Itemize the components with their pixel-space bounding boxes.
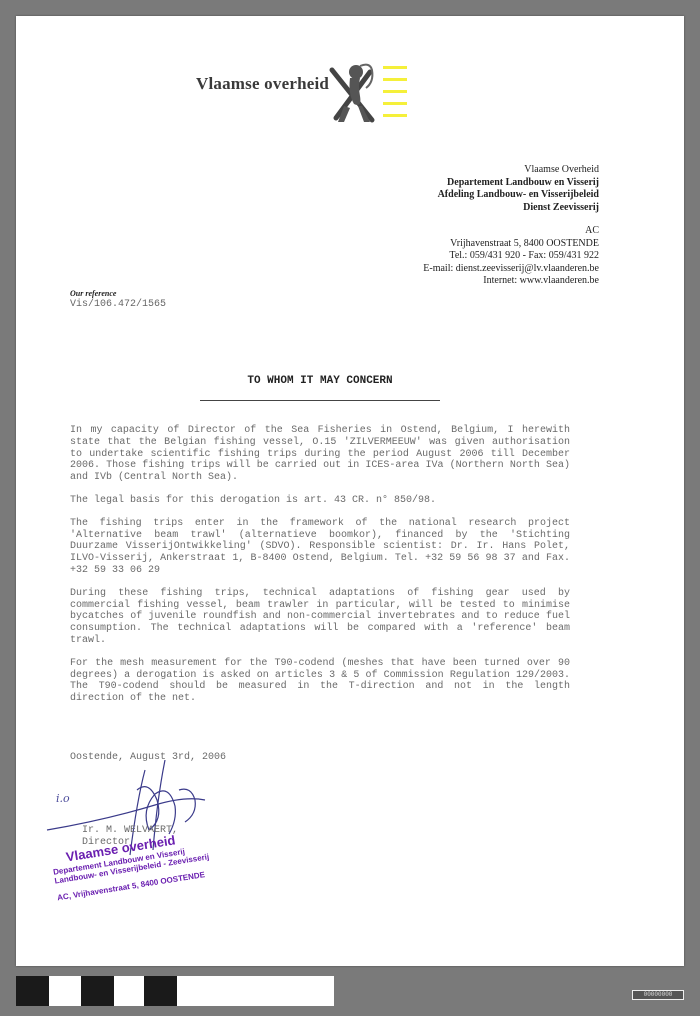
contact-line: AC bbox=[423, 225, 599, 238]
paragraph: The legal basis for this derogation is a… bbox=[70, 495, 570, 507]
contact-email: E-mail: dienst.zeevisserij@lv.vlaanderen… bbox=[423, 263, 599, 276]
initials: i.o bbox=[56, 792, 70, 805]
address-line: Departement Landbouw en Visserij bbox=[423, 177, 599, 190]
contact-website: Internet: www.vlaanderen.be bbox=[423, 275, 599, 288]
paragraph: In my capacity of Director of the Sea Fi… bbox=[70, 425, 570, 484]
address-line: Vlaamse Overheid bbox=[423, 164, 599, 177]
scan-calibration-bar bbox=[16, 976, 334, 1006]
address-line: Afdeling Landbouw- en Visserijbeleid bbox=[423, 189, 599, 202]
letter-body: In my capacity of Director of the Sea Fi… bbox=[70, 425, 570, 716]
flemish-lion-icon bbox=[326, 60, 378, 128]
paragraph: For the mesh measurement for the T90-cod… bbox=[70, 658, 570, 705]
letter-title: TO WHOM IT MAY CONCERN bbox=[200, 375, 440, 387]
contact-line: Tel.: 059/431 920 - Fax: 059/431 922 bbox=[423, 250, 599, 263]
address-line: Dienst Zeevisserij bbox=[423, 202, 599, 215]
sender-address: Vlaamse Overheid Departement Landbouw en… bbox=[423, 164, 599, 288]
contact-line: Vrijhavenstraat 5, 8400 OOSTENDE bbox=[423, 238, 599, 251]
scan-label: 00000000 bbox=[632, 990, 684, 1000]
org-name: Vlaamse overheid bbox=[196, 74, 329, 94]
reference-value: Vis/106.472/1565 bbox=[70, 299, 166, 310]
paragraph: The fishing trips enter in the framework… bbox=[70, 518, 570, 577]
title-underline bbox=[200, 400, 440, 401]
brand-stripes bbox=[383, 66, 407, 126]
reference-label: Our reference bbox=[70, 289, 116, 298]
paragraph: During these fishing trips, technical ad… bbox=[70, 588, 570, 647]
